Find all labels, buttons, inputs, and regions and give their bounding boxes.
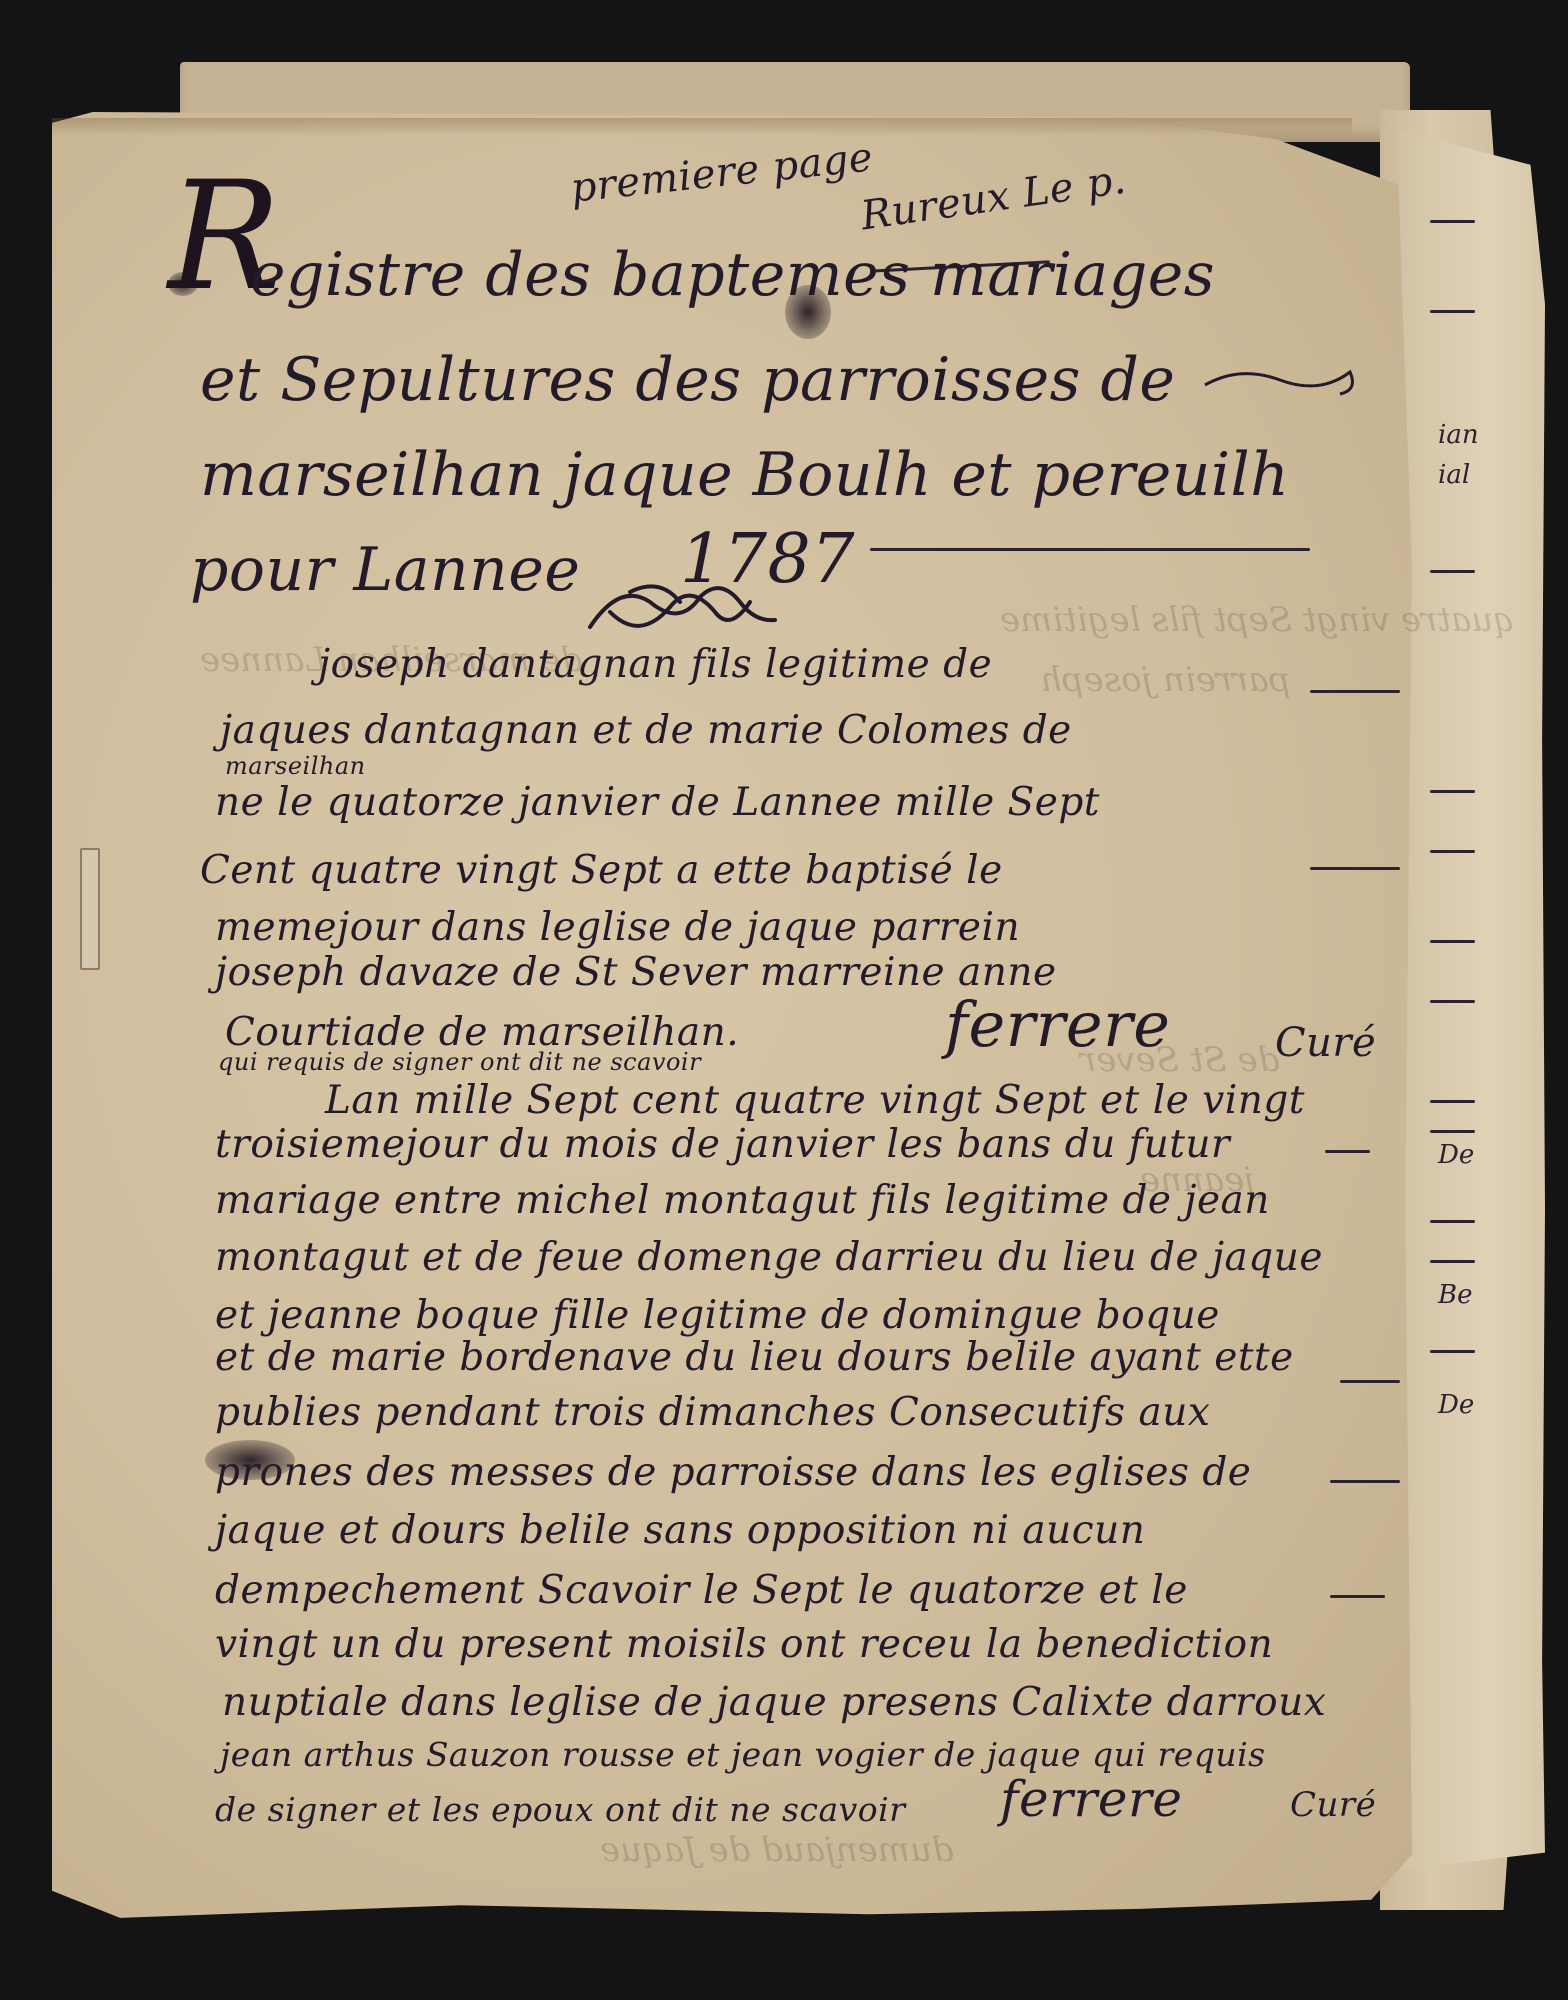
margin-fragments-underlying-page: ian ial De Be De [1420,130,1540,1870]
margin-dash [1430,940,1475,943]
margin-fragment: De [1438,1390,1474,1420]
bleed-through-text: dumenjaud de Jaque [600,1830,954,1870]
marriage-entry-line-6: et de marie bordenave du lieu dours beli… [215,1335,1294,1380]
line-fill-rule [1310,867,1400,870]
margin-dash [1430,570,1475,573]
title-line-tail-flourish [1200,360,1360,400]
margin-dash [1430,220,1475,223]
margin-fragment: Be [1438,1280,1473,1310]
baptism-signature-title: Curé [1275,1020,1376,1066]
baptism-entry-line-2: jaques dantagnan et de marie Colomes de [220,708,1072,753]
margin-dash [1430,1130,1475,1133]
marriage-entry-line-1: Lan mille Sept cent quatre vingt Sept et… [325,1078,1305,1123]
ink-blot [168,272,198,296]
marriage-signature-title: Curé [1290,1785,1376,1825]
marriage-entry-line-14: de signer et les epoux ont dit ne scavoi… [215,1790,905,1829]
ink-blot [785,285,831,339]
marriage-entry-line-5: et jeanne boque fille legitime de doming… [215,1293,1220,1338]
marriage-entry-line-8: prones des messes de parroisse dans les … [215,1450,1251,1495]
marriage-entry-line-9: jaque et dours belile sans opposition ni… [215,1508,1145,1553]
marriage-entry-line-11: vingt un du present moisils ont receu la… [215,1622,1273,1667]
margin-fragment: ian [1438,420,1479,450]
marriage-entry-line-4: montagut et de feue domenge darrieu du l… [215,1235,1323,1280]
title-line-1: egistre des baptemes mariages [250,240,1215,310]
margin-dash [1430,1220,1475,1223]
baptism-signature: ferrere [945,988,1170,1061]
margin-fragment: De [1438,1140,1474,1170]
margin-dash [1430,1260,1475,1263]
title-line-4-text: pour Lannee [190,535,580,605]
page-top-fold [52,118,1352,136]
margin-dash [1430,790,1475,793]
line-fill-rule [1325,1150,1370,1153]
marriage-entry-line-2: troisiemejour du mois de janvier les ban… [215,1122,1230,1167]
margin-dash [1430,1350,1475,1353]
marriage-entry-line-7: publies pendant trois dimanches Consecut… [215,1390,1210,1435]
baptism-entry-line-3: ne le quatorze janvier de Lannee mille S… [215,780,1100,825]
line-fill-rule [1340,1380,1400,1383]
baptism-entry-line-6: joseph davaze de St Sever marreine anne [215,950,1057,995]
baptism-interlinear-insert: marseilhan [225,752,366,780]
baptism-entry-line-5: memejour dans leglise de jaque parrein [215,905,1020,950]
title-line-2: et Sepultures des parroisses de [200,345,1175,415]
margin-dash [1430,310,1475,313]
margin-fragment: ial [1438,460,1470,490]
binding-clip [80,848,100,970]
line-fill-rule [1330,1480,1400,1483]
baptism-entry-line-1: joseph dantagnan fils legitime de [318,642,992,687]
marriage-entry-line-3: mariage entre michel montagut fils legit… [215,1178,1270,1223]
marriage-entry-line-13: jean arthus Sauzon rousse et jean vogier… [220,1735,1266,1774]
line-fill-rule [1310,690,1400,693]
baptism-footnote: qui requis de signer ont dit ne scavoir [218,1048,701,1076]
title-end-rule [870,548,1310,551]
bleed-through-text: quatre vingt Sept fils legitime [1000,600,1515,640]
margin-dash [1430,850,1475,853]
line-fill-rule [1330,1595,1385,1598]
baptism-entry-line-4: Cent quatre vingt Sept a ette baptisé le [200,848,1003,893]
title-line-3: marseilhan jaque Boulh et pereuilh [200,440,1289,510]
marriage-entry-line-10: dempechement Scavoir le Sept le quatorze… [215,1568,1188,1613]
marriage-signature: ferrere [1000,1770,1182,1828]
decorative-knot-flourish [580,572,780,642]
margin-dash [1430,1000,1475,1003]
bleed-through-text: parrein joseph [1040,660,1290,700]
marriage-entry-line-12: nuptiale dans leglise de jaque presens C… [222,1680,1326,1725]
margin-dash [1430,1100,1475,1103]
